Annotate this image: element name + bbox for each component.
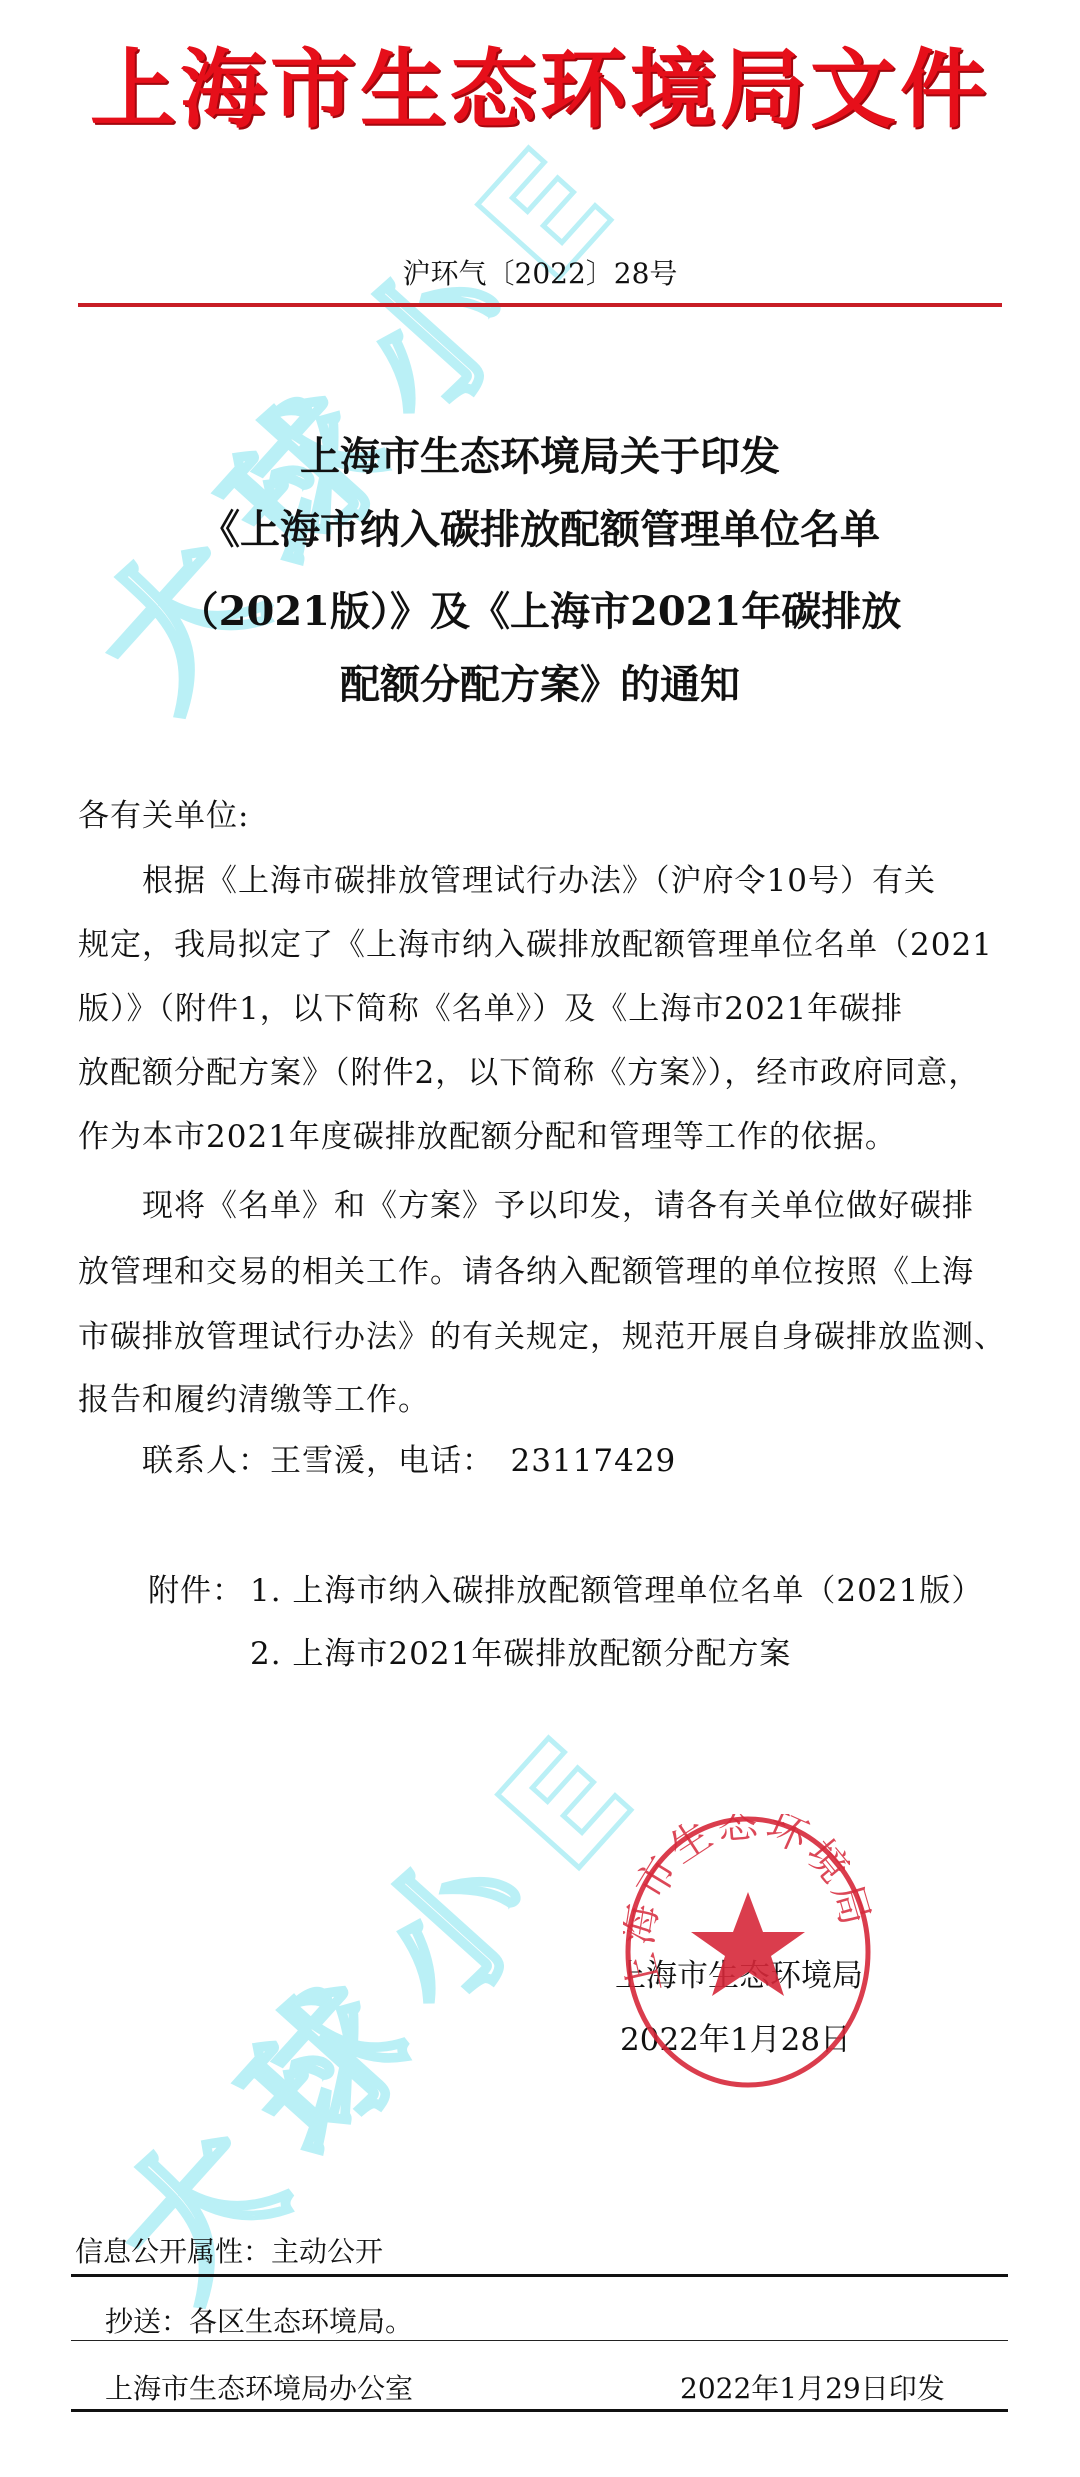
document-masthead-title: 上海市生态环境局文件 bbox=[0, 20, 1080, 144]
notice-heading-line-4: 配额分配方案》的通知 bbox=[0, 653, 1080, 710]
paragraph-2-line: 报告和履约清缴等工作。 bbox=[78, 1374, 1008, 1419]
notice-heading-line-1: 上海市生态环境局关于印发 bbox=[0, 425, 1080, 482]
paragraph-2-line: 现将《名单》和《方案》予以印发，请各有关单位做好碳排 bbox=[78, 1180, 1008, 1225]
paragraph-1-line: 根据《上海市碳排放管理试行办法》（沪府令10号）有关 bbox=[78, 855, 1008, 900]
footer-rule-bottom bbox=[71, 2409, 1008, 2412]
footer-rule-middle bbox=[71, 2340, 1008, 2341]
cc-line: 抄送：各区生态环境局。 bbox=[105, 2300, 413, 2340]
salutation: 各有关单位: bbox=[78, 790, 1008, 835]
document-number: 沪环气〔2022〕28号 bbox=[0, 252, 1080, 292]
attachment-item: 2. 上海市2021年碳排放配额分配方案 bbox=[250, 1628, 1080, 1673]
paragraph-2-line: 市碳排放管理试行办法》的有关规定，规范开展自身碳排放监测、 bbox=[78, 1311, 1008, 1356]
print-date: 2022年1月29日印发 bbox=[680, 2367, 945, 2407]
official-seal-icon: 上海市生态环境局 bbox=[623, 1814, 873, 2091]
disclosure-attribute: 信息公开属性：主动公开 bbox=[75, 2230, 383, 2270]
paragraph-2-line: 放管理和交易的相关工作。请各纳入配额管理的单位按照《上海 bbox=[78, 1246, 1008, 1291]
paragraph-1-line: 放配额分配方案》（附件2，以下简称《方案》），经市政府同意， bbox=[78, 1047, 1008, 1092]
paragraph-1-line: 版）》（附件1，以下简称《名单》）及《上海市2021年碳排 bbox=[78, 983, 1008, 1028]
notice-heading-line-2: 《上海市纳入碳排放配额管理单位名单 bbox=[0, 498, 1080, 555]
notice-heading-line-3: （2021版）》及《上海市2021年碳排放 bbox=[0, 580, 1080, 637]
paragraph-1-line: 规定，我局拟定了《上海市纳入碳排放配额管理单位名单（2021 bbox=[78, 919, 1008, 964]
watermark-top: 大球小E bbox=[40, 66, 677, 740]
paragraph-1-line: 作为本市2021年度碳排放配额分配和管理等工作的依据。 bbox=[78, 1111, 1008, 1156]
issuing-office: 上海市生态环境局办公室 bbox=[105, 2367, 413, 2407]
red-divider bbox=[78, 303, 1002, 307]
attachment-item: 1. 上海市纳入碳排放配额管理单位名单（2021版） bbox=[250, 1565, 1080, 1610]
star-icon bbox=[691, 1892, 805, 1996]
footer-rule-top bbox=[71, 2274, 1008, 2277]
contact-line: 联系人：王雪湲，电话： 23117429 bbox=[78, 1435, 1008, 1480]
